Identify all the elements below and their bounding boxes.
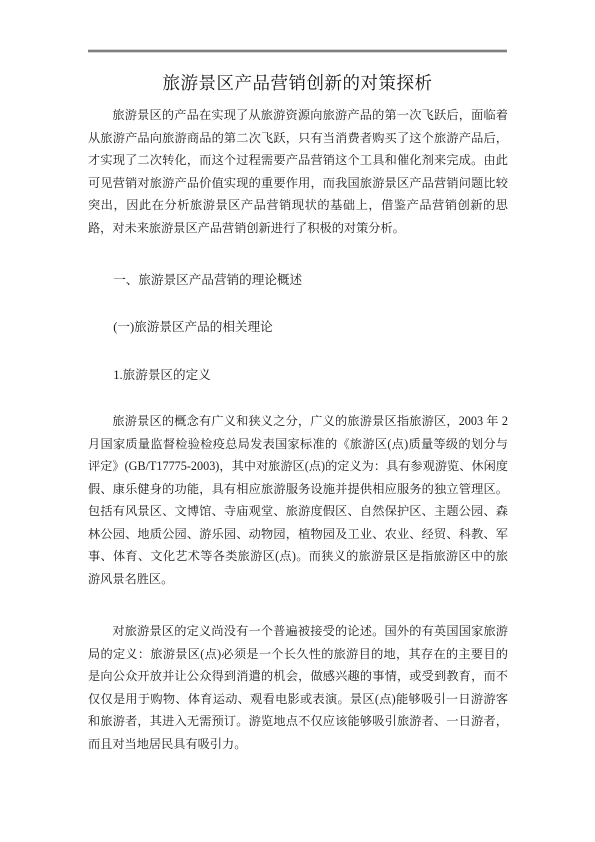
document-page: 旅游景区产品营销创新的对策探析 旅游景区的产品在实现了从旅游资源向旅游产品的第一… xyxy=(0,0,595,842)
paragraph-intro: 旅游景区的产品在实现了从旅游资源向旅游产品的第一次飞跃后，面临着从旅游产品向旅游… xyxy=(88,104,508,239)
heading-subsection-1: (一)旅游景区产品的相关理论 xyxy=(88,318,508,336)
paragraph-foreign-definition: 对旅游景区的定义尚没有一个普遍被接受的论述。国外的有英国国家旅游局的定义：旅游景… xyxy=(88,620,508,755)
heading-section-1: 一、旅游景区产品营销的理论概述 xyxy=(88,271,508,289)
paragraph-definition-national-standard: 旅游景区的概念有广义和狭义之分，广义的旅游景区指旅游区，2003 年 2 月国家… xyxy=(88,410,508,590)
heading-item-definition: 1.旅游景区的定义 xyxy=(88,366,508,384)
header-rule xyxy=(88,50,507,52)
document-title: 旅游景区产品营销创新的对策探析 xyxy=(0,71,595,95)
